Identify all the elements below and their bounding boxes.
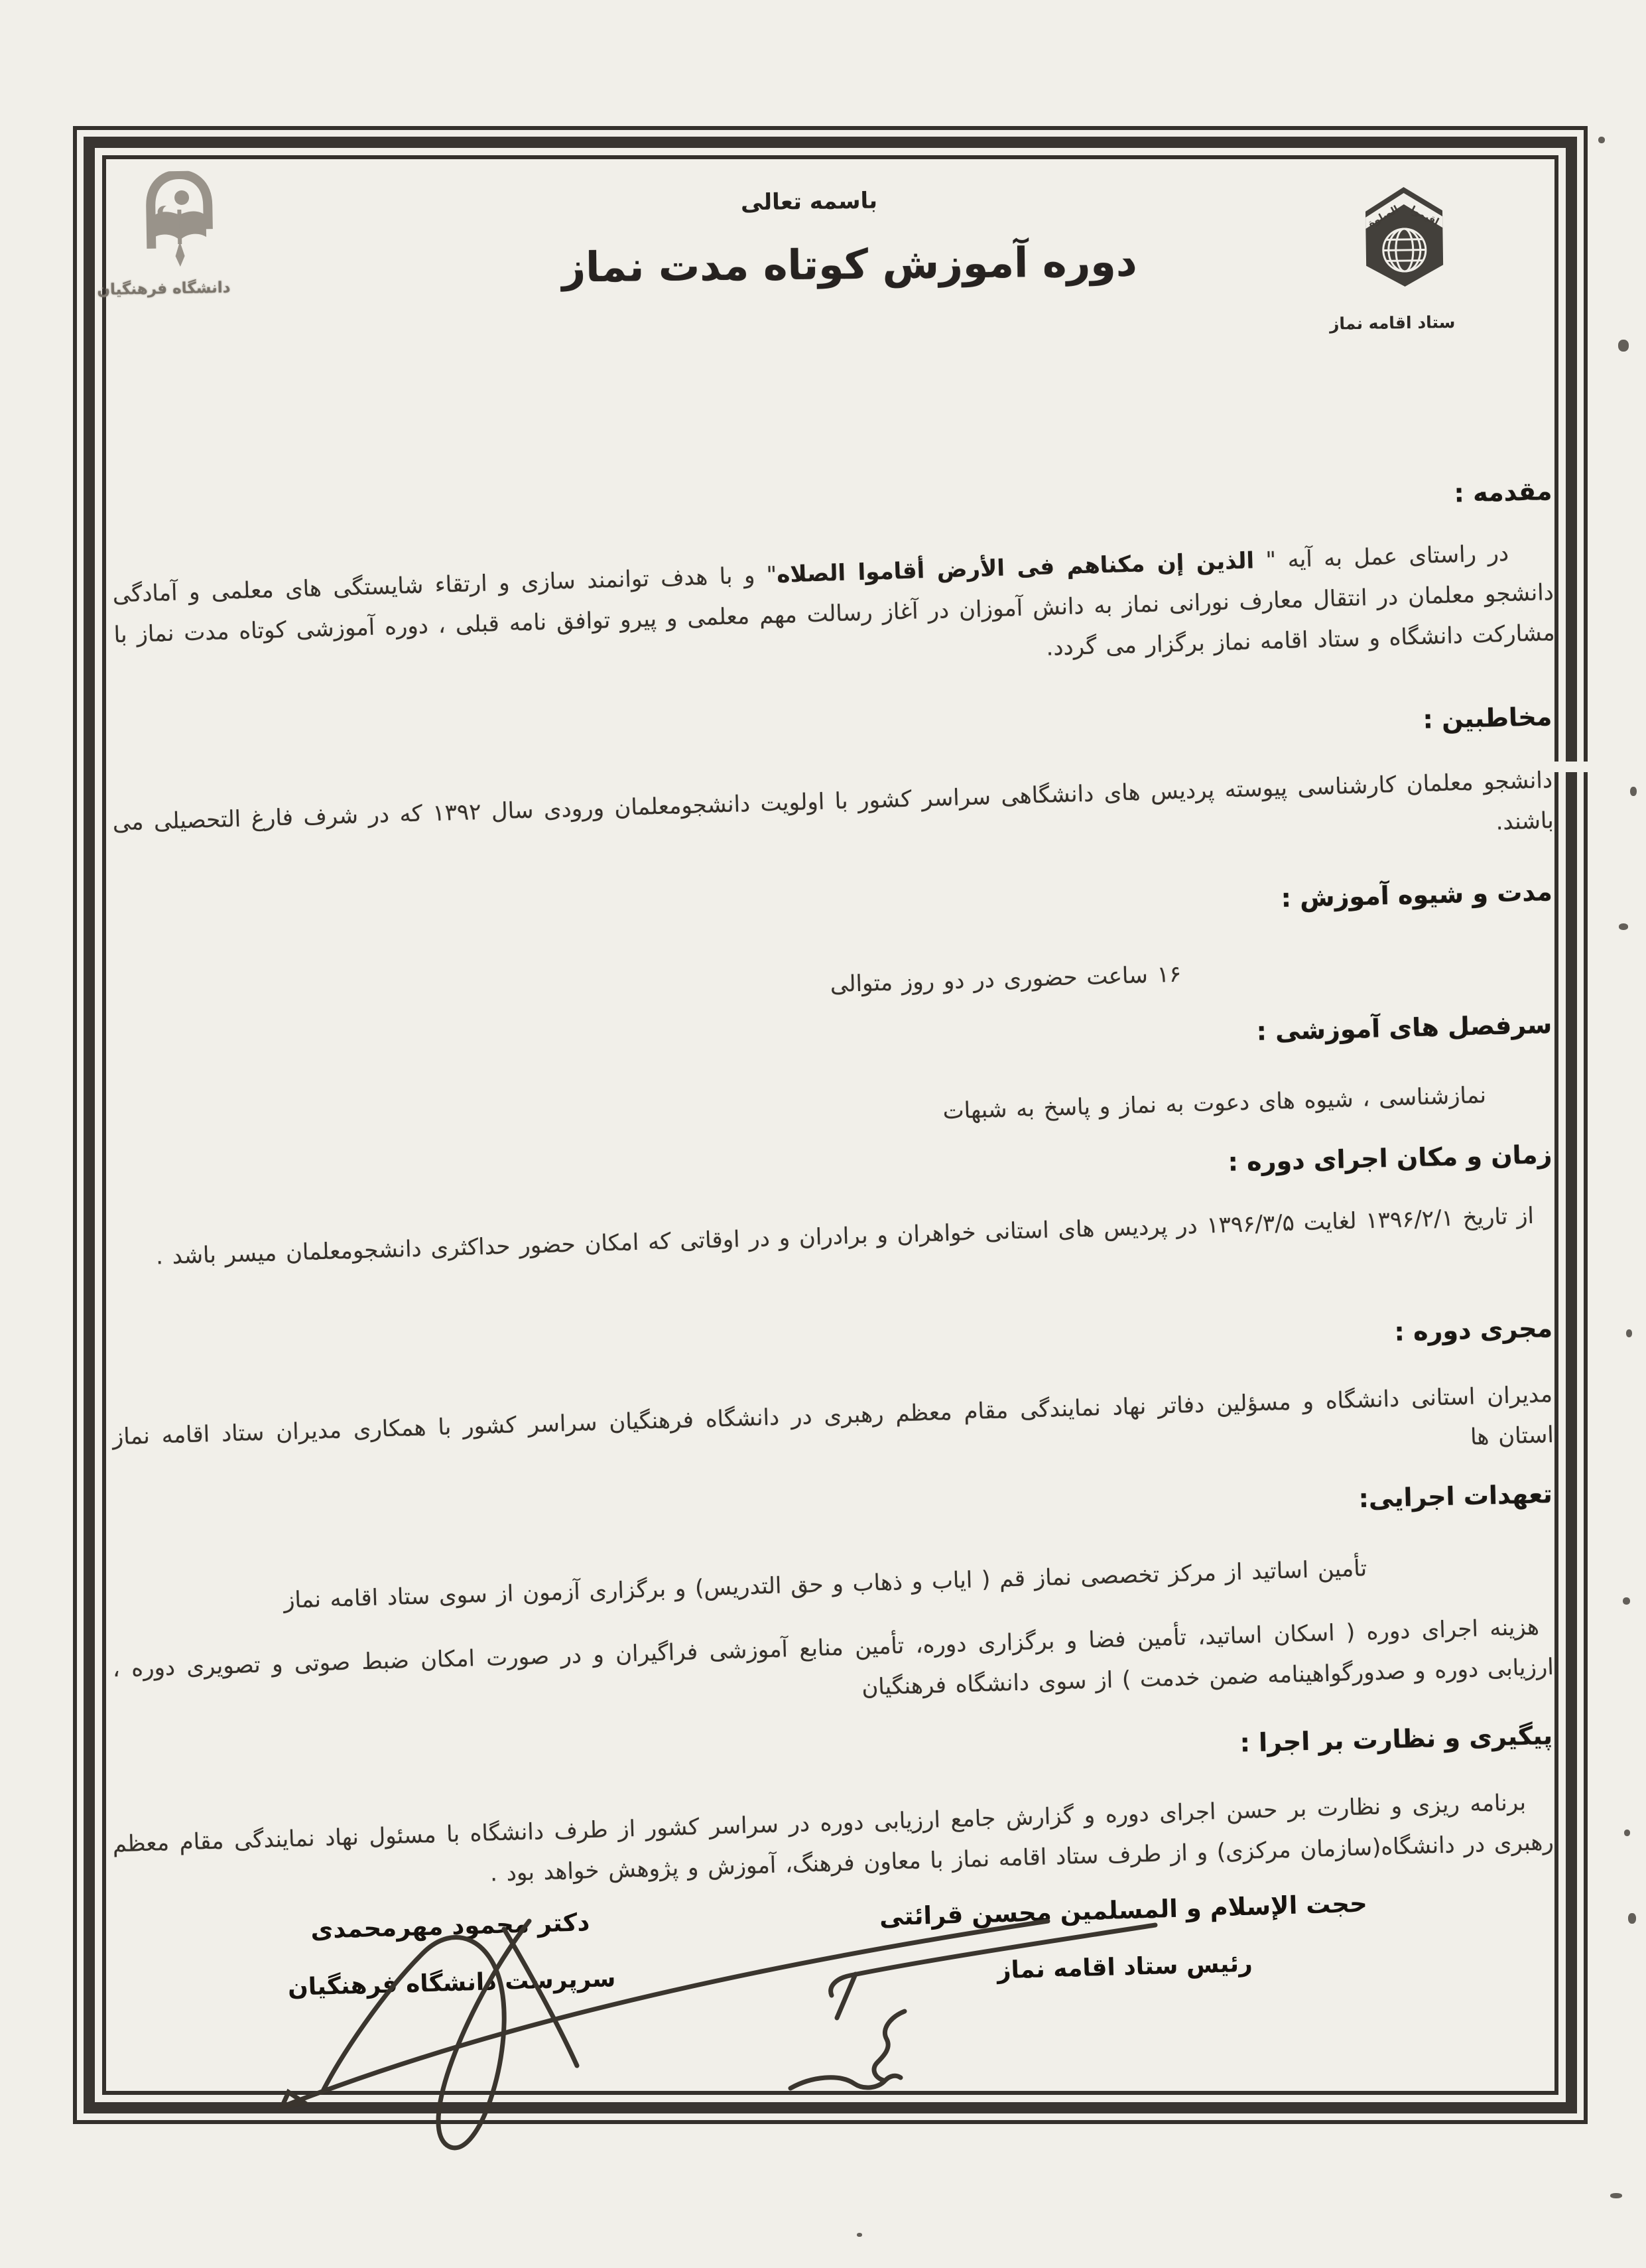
paragraph-taahodat-2: هزینه اجرای دوره ( اسکان اساتید، تأمین ف… bbox=[112, 1607, 1554, 1730]
heading-taahodat: تعهدات اجرایی: bbox=[1358, 1479, 1552, 1513]
signature-block-mehrmohammadi: دکتر محمود مهرمحمدی سرپرست دانشگاه فرهنگ… bbox=[284, 1907, 617, 2001]
signature-block-qaraati: حجت الإسلام و المسلمین محسن قرائتی رئیس … bbox=[854, 1889, 1393, 1989]
heading-zaman-makan: زمان و مکان اجرای دوره : bbox=[1228, 1140, 1552, 1177]
paragraph-moghaddameh: در راستای عمل به آیه " الذین إن مکناهم ف… bbox=[112, 532, 1555, 696]
heading-sarfasl: سرفصل های آموزشی : bbox=[1256, 1010, 1552, 1046]
heading-mojri: مجری دوره : bbox=[1394, 1313, 1552, 1347]
paragraph-zaman-makan: از تاریخ ۱۳۹۶/۲/۱ لغایت ۱۳۹۶/۳/۵ در پردی… bbox=[112, 1195, 1553, 1278]
paragraph-peygiri: برنامه ریزی و نظارت بر حسن اجرای دوره و … bbox=[112, 1782, 1554, 1905]
moghaddameh-pre: در راستای عمل به آیه " bbox=[1254, 540, 1509, 574]
heading-moghaddameh: مقدمه : bbox=[1454, 476, 1552, 508]
paragraph-sarfasl: نمازشناسی ، شیوه های دعوت به نماز و پاسخ… bbox=[112, 1073, 1553, 1156]
quran-verse: الذین إن مکناهم فی الأرض أقاموا الصلاه bbox=[777, 547, 1255, 588]
paragraph-mokhatabin: دانشجو معلمان کارشناسی پیوسته پردیس های … bbox=[112, 760, 1554, 884]
heading-mokhatabin: مخاطبین : bbox=[1423, 702, 1552, 734]
paragraph-modat-shive: ۱۶ ساعت حضوری در دو روز متوالی bbox=[112, 943, 1553, 1026]
scanned-document-page: { "header": { "bismillah": "باسمه تعالی"… bbox=[0, 0, 1646, 2268]
paragraph-mojri: مدیران استانی دانشگاه و مسؤلین دفاتر نها… bbox=[112, 1374, 1554, 1498]
heading-modat-shive: مدت و شیوه آموزش : bbox=[1281, 877, 1552, 913]
heading-peygiri: پیگیری و نظارت بر اجرا : bbox=[1239, 1721, 1552, 1758]
